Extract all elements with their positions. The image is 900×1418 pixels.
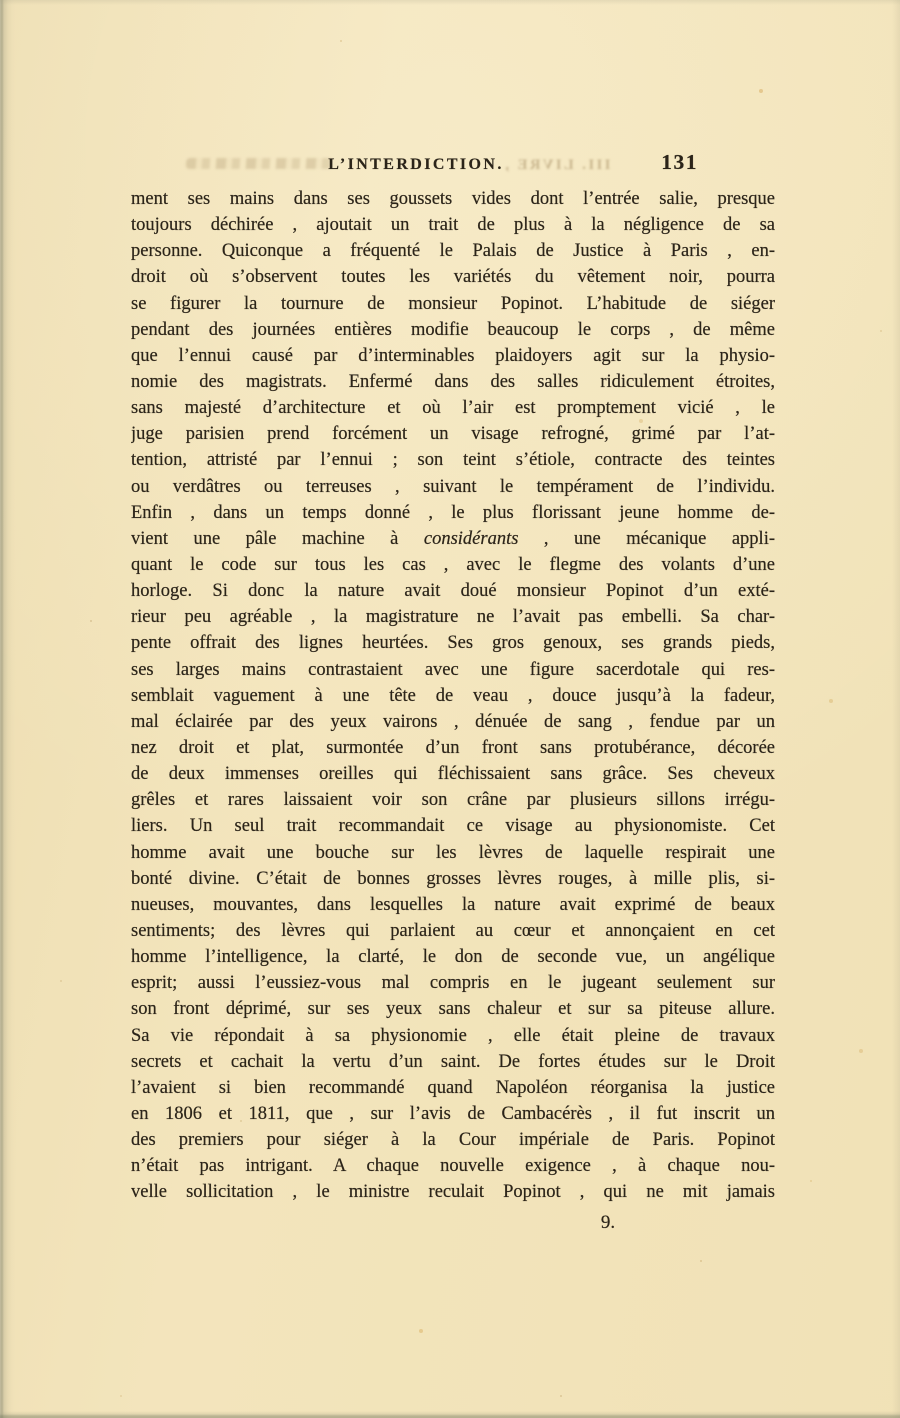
text-line: semblait vaguement à une tête de veau , … [131,683,775,709]
running-title: L’INTERDICTION. [328,156,503,174]
text-line: nez droit et plat, surmontée d’un front … [131,735,775,761]
text-line: personne. Quiconque a fréquenté le Palai… [131,238,775,264]
text-line: esprit; aussi l’eussiez-vous mal compris… [131,970,775,996]
text-line: quant le code sur tous les cas , avec le… [131,552,775,578]
page-number: 131 [638,150,698,175]
text-line: homme l’intelligence, la clarté, le don … [131,944,775,970]
text-line: en 1806 et 1811, que , sur l’avis de Cam… [131,1101,775,1127]
text-line: mal éclairée par des yeux vairons , dénu… [131,709,775,735]
text-line: ou verdâtres ou terreuses , suivant le t… [131,474,775,500]
text-line: nueuses, mouvantes, dans lesquelles la n… [131,892,775,918]
text-line: nomie des magistrats. Enfermé dans des s… [131,369,775,395]
text-line: secrets et cachait la vertu d’un saint. … [131,1049,775,1075]
body-text: ment ses mains dans ses goussets vides d… [131,186,775,1205]
text-line: homme avait une bouche sur les lèvres de… [131,840,775,866]
show-through-text: III. LIVRE , [503,157,610,174]
text-line: Enfin , dans un temps donné , le plus fl… [131,500,775,526]
book-page: III. LIVRE , L’INTERDICTION. 131 ment se… [0,0,900,1418]
text-line: bonté divine. C’était de bonnes grosses … [131,866,775,892]
page-edge-bottom [0,1411,900,1418]
text-line: pendant des journées entières modifie be… [131,317,775,343]
text-line: velle sollicitation , le ministre recula… [131,1179,775,1205]
text-line: l’avaient si bien recommandé quand Napol… [131,1075,775,1101]
text-line: toujours déchirée , ajoutait un trait de… [131,212,775,238]
paper-speckles [0,0,2,2]
text-line: des premiers pour siéger à la Cour impér… [131,1127,775,1153]
text-line: droit où s’observent toutes les variétés… [131,264,775,290]
page-edge-top [0,0,900,5]
page-header: III. LIVRE , L’INTERDICTION. 131 [0,150,900,184]
signature-mark: 9. [583,1212,633,1234]
text-line: liers. Un seul trait recommandait ce vis… [131,813,775,839]
text-line: ment ses mains dans ses goussets vides d… [131,186,775,212]
show-through-smudge [186,158,335,169]
text-line: n’était pas intrigant. A chaque nouvelle… [131,1153,775,1179]
page-edge-right [892,0,900,1418]
text-line: Sa vie répondait à sa physionomie , elle… [131,1023,775,1049]
text-line: que l’ennui causé par d’interminables pl… [131,343,775,369]
text-line: horloge. Si donc la nature avait doué mo… [131,578,775,604]
text-line: se figurer la tournure de monsieur Popin… [131,291,775,317]
text-line: vient une pâle machine à considérants , … [131,526,775,552]
page-edge-left [0,0,16,1418]
text-line: de deux immenses oreilles qui fléchissai… [131,761,775,787]
text-line: ses larges mains contrastaient avec une … [131,657,775,683]
text-line: juge parisien prend forcément un visage … [131,421,775,447]
text-line: grêles et rares laissaient voir son crân… [131,787,775,813]
text-line: pente offrait des lignes heurtées. Ses g… [131,630,775,656]
text-line: sans majesté d’architecture et où l’air … [131,395,775,421]
text-line: rieur peu agréable , la magistrature ne … [131,604,775,630]
text-line: tention, attristé par l’ennui ; son tein… [131,447,775,473]
text-line: son front déprimé, sur ses yeux sans cha… [131,996,775,1022]
text-line: sentiments; des lèvres qui parlaient au … [131,918,775,944]
